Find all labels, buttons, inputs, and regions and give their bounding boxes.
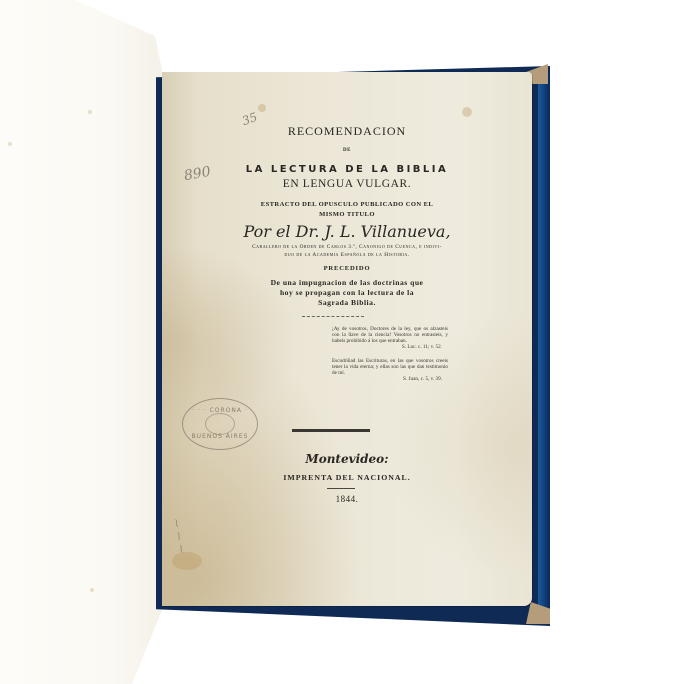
book-photo: 35 890 RECOMENDACION DE LA LECTURA DE LA… xyxy=(0,0,684,684)
author-line: Por el Dr. J. L. Villanueva, xyxy=(162,222,532,241)
epigraph-2-citation: S. Juan, c. 5, v. 39. xyxy=(332,376,448,382)
place-line: Montevideo: xyxy=(162,452,532,466)
title-line-2: DE xyxy=(162,148,532,153)
book-board-edge xyxy=(538,72,550,620)
stamp-inner-oval xyxy=(205,413,235,435)
title-line-3: LA LECTURA DE LA BIBLIA xyxy=(162,164,532,175)
title-line-4: EN LENGUA VULGAR. xyxy=(162,178,532,190)
short-rule xyxy=(327,488,355,489)
preceded-label: PRECEDIDO xyxy=(162,265,532,272)
stain xyxy=(258,104,266,112)
dashed-divider xyxy=(302,316,364,317)
foxing-spot xyxy=(88,110,92,114)
pencil-bottom-notes: ⁓⁓⁓ xyxy=(170,518,187,558)
thick-divider xyxy=(292,429,370,432)
credentials-line-1: Caballero de la Orden de Carlos 3.º, Can… xyxy=(162,244,532,250)
stain xyxy=(462,107,472,117)
library-stamp: · · · CORONA · BUENOS AIRES xyxy=(182,398,258,450)
printer-line: IMPRENTA DEL NACIONAL. xyxy=(162,473,532,482)
foxing-spot xyxy=(8,142,12,146)
stamp-bottom-text: BUENOS AIRES xyxy=(183,433,257,440)
facing-flyleaf xyxy=(0,0,162,684)
title-line-1: RECOMENDACION xyxy=(162,124,532,139)
subtitle-line-2: MISMO TITULO xyxy=(162,211,532,218)
epigraph-1-text: ¡Ay de vosotros, Doctores de la ley, que… xyxy=(332,326,448,344)
credentials-line-2: duo de la Academia Española de la Histor… xyxy=(162,252,532,258)
preface-line-3: Sagrada Biblia. xyxy=(162,298,532,307)
epigraph-2-text: Escudriñad las Escrituras, en las que vo… xyxy=(332,358,448,376)
preface-line-1: De una impugnacion de las doctrinas que xyxy=(162,278,532,287)
preface-line-2: hoy se propagan con la lectura de la xyxy=(162,288,532,297)
epigraph-1: ¡Ay de vosotros, Doctores de la ley, que… xyxy=(332,326,448,350)
epigraph-1-citation: S. Luc. c. 11; v. 52. xyxy=(332,344,448,350)
epigraph-2: Escudriñad las Escrituras, en las que vo… xyxy=(332,358,448,382)
title-page: 35 890 RECOMENDACION DE LA LECTURA DE LA… xyxy=(162,72,532,606)
year-line: 1844. xyxy=(162,494,532,504)
foxing-spot xyxy=(90,588,94,592)
subtitle-line-1: ESTRACTO DEL OPUSCULO PUBLICADO CON EL xyxy=(162,201,532,208)
